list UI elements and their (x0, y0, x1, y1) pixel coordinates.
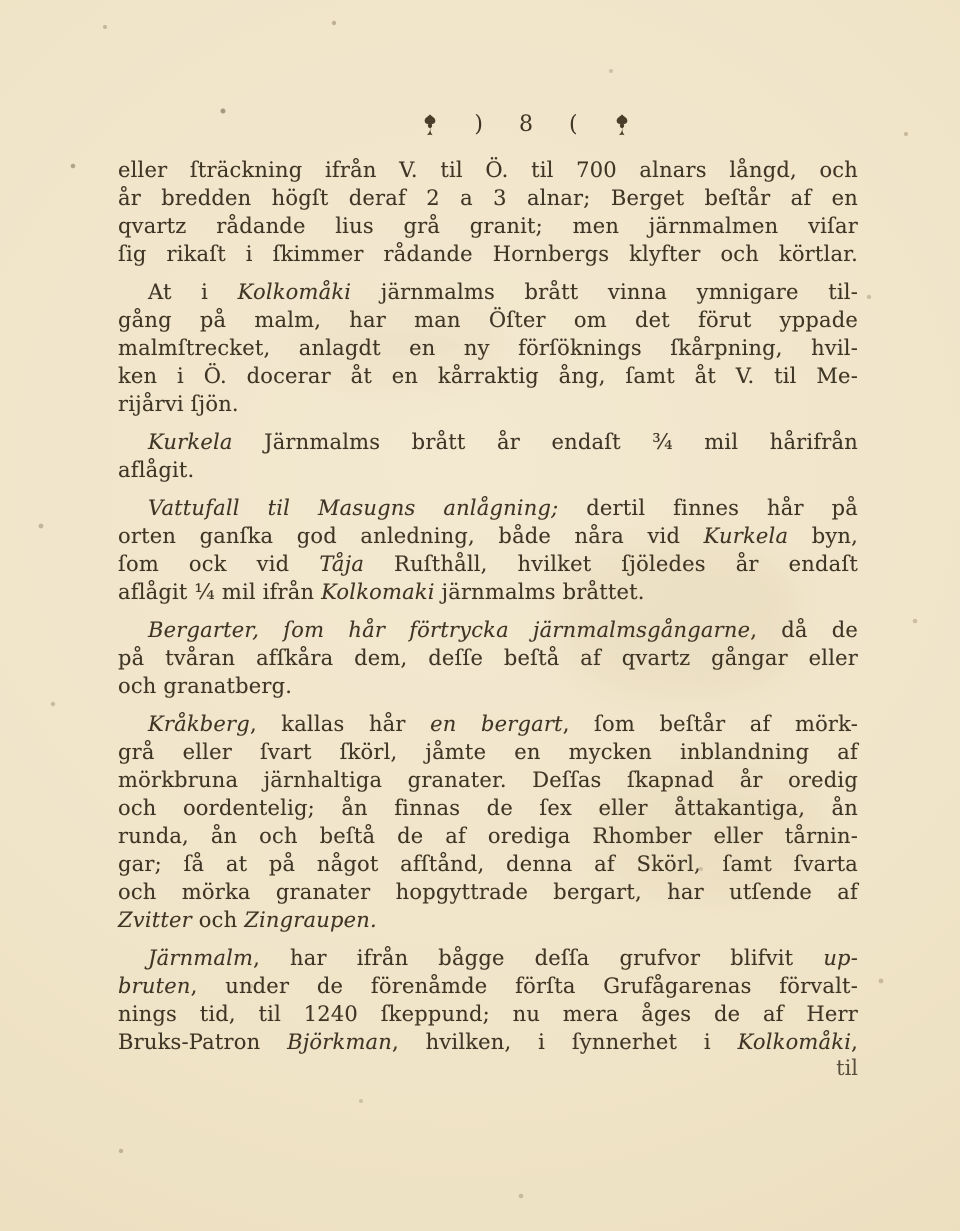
page-number-bracket-right: ( (569, 112, 578, 137)
text-line: bruten, under de förenåmde förſta Grufåg… (118, 972, 858, 1000)
text-line: gång på malm, har man Öſter om det förut… (118, 306, 858, 334)
text-line: och oordentelig; ån finnas de ſex eller … (118, 794, 858, 822)
italic-run: Järnmalm (148, 946, 253, 970)
italic-run: Zvitter (118, 908, 192, 932)
text-line: aflågit. (118, 456, 858, 484)
italic-run: Vattufall til Masugns anlågning; (148, 496, 558, 520)
text-run: runda, ån och beſtå de af orediga Rhombe… (118, 824, 858, 848)
catchword: til (836, 1056, 858, 1080)
text-run: aflågit ¼ mil ifrån (118, 580, 321, 604)
italic-run: Björkman (287, 1030, 392, 1054)
text-line: Kurkela Järnmalms brått år endaſt ¾ mil … (118, 428, 858, 456)
text-run: , ſom beſtår af mörk- (563, 712, 858, 736)
text-run: byn, (788, 524, 858, 548)
italic-run: Kurkela (148, 430, 233, 454)
text-run: , kallas hår (250, 712, 430, 736)
paragraph: Kurkela Järnmalms brått år endaſt ¾ mil … (118, 428, 858, 484)
page-number: 8 (519, 112, 533, 137)
text-run: , (851, 1030, 858, 1054)
text-run: mörkbruna järnhaltiga granater. Deſſas ſ… (118, 768, 858, 792)
paragraph: At i Kolkomåki järnmalms brått vinna ymn… (118, 278, 858, 418)
text-line: nings tid, til 1240 ſkeppund; nu mera åg… (118, 1000, 858, 1028)
italic-run: Bergarter, ſom hår förtrycka järnmalmsgå… (148, 618, 750, 642)
text-run: ſom ock vid (118, 552, 319, 576)
text-line: och granatberg. (118, 672, 858, 700)
text-run: gar; ſå at på något afſtånd, denna af Sk… (118, 852, 858, 876)
text-line: och mörka granater hopgyttrade bergart, … (118, 878, 858, 906)
text-line: ſom ock vid Tåja Ruſthåll, hvilket ſjöle… (118, 550, 858, 578)
text-run: järnmalms bråttet. (435, 580, 645, 604)
text-run: Bruks-Patron (118, 1030, 287, 1054)
text-line: runda, ån och beſtå de af orediga Rhombe… (118, 822, 858, 850)
text-run: år bredden högſt deraf 2 a 3 alnar; Berg… (118, 186, 858, 210)
text-line: aflågit ¼ mil ifrån Kolkomaki järnmalms … (118, 578, 858, 606)
text-line: malmſtrecket, anlagdt en ny förſöknings … (118, 334, 858, 362)
italic-run: up- (823, 946, 858, 970)
text-run: och granatberg. (118, 674, 292, 698)
paper-speckles (0, 0, 2, 2)
page-number-bracket-left: ) (474, 112, 483, 137)
text-line: rijårvi ſjön. (118, 390, 858, 418)
text-run: järnmalms brått vinna ymnigare til- (351, 280, 858, 304)
scanned-book-page: ) 8 ( eller ſträckning ifrån V. til Ö. t… (0, 0, 960, 1231)
text-run: ſig rikaſt i ſkimmer rådande Hornbergs k… (118, 242, 858, 266)
text-run: grå eller ſvart ſkörl, jåmte en mycken i… (118, 740, 858, 764)
text-run: dertil finnes hår på (558, 496, 858, 520)
fleuron-icon (422, 114, 438, 136)
italic-run: Zingraupen. (244, 908, 377, 932)
text-run: orten ganſka god anledning, både nåra vi… (118, 524, 704, 548)
text-line: At i Kolkomåki järnmalms brått vinna ymn… (118, 278, 858, 306)
text-line: orten ganſka god anledning, både nåra vi… (118, 522, 858, 550)
text-line: ken i Ö. docerar åt en kårraktig ång, ſa… (118, 362, 858, 390)
italic-run: Kurkela (704, 524, 789, 548)
fleuron-icon (614, 114, 630, 136)
text-line: år bredden högſt deraf 2 a 3 alnar; Berg… (118, 184, 858, 212)
text-line: Zvitter och Zingraupen. (118, 906, 858, 934)
italic-run: Kråkberg (148, 712, 250, 736)
text-run: eller ſträckning ifrån V. til Ö. til 700… (118, 158, 858, 182)
text-run: och mörka granater hopgyttrade bergart, … (118, 880, 858, 904)
italic-run: Kolkomåki (238, 280, 352, 304)
text-run: aflågit. (118, 458, 194, 482)
text-run: , har ifrån bågge deſſa grufvor blifvit (253, 946, 823, 970)
italic-run: Kolkomaki (321, 580, 435, 604)
text-run: , under de förenåmde förſta Grufågarenas… (191, 974, 858, 998)
text-run: , hvilken, i ſynnerhet i (392, 1030, 738, 1054)
text-run: , då de (750, 618, 858, 642)
text-run: på tvåran afſkåra dem, deſſe beſtå af qv… (118, 646, 858, 670)
italic-run: en bergart (430, 712, 563, 736)
paragraph: eller ſträckning ifrån V. til Ö. til 700… (118, 156, 858, 268)
text-line: gar; ſå at på något afſtånd, denna af Sk… (118, 850, 858, 878)
text-run: och (192, 908, 244, 932)
page-header: ) 8 ( (156, 112, 896, 137)
paragraph: Bergarter, ſom hår förtrycka järnmalmsgå… (118, 616, 858, 700)
text-run: Ruſthåll, hvilket ſjöledes år endaſt (364, 552, 858, 576)
text-line: Järnmalm, har ifrån bågge deſſa grufvor … (118, 944, 858, 972)
text-line: på tvåran afſkåra dem, deſſe beſtå af qv… (118, 644, 858, 672)
text-run: Järnmalms brått år endaſt ¾ mil hårifrån (233, 430, 858, 454)
text-line: ſig rikaſt i ſkimmer rådande Hornbergs k… (118, 240, 858, 268)
text-run: rijårvi ſjön. (118, 392, 239, 416)
paragraph: Vattufall til Masugns anlågning; dertil … (118, 494, 858, 606)
text-run: gång på malm, har man Öſter om det förut… (118, 308, 858, 332)
text-run: nings tid, til 1240 ſkeppund; nu mera åg… (118, 1002, 858, 1026)
text-line: mörkbruna järnhaltiga granater. Deſſas ſ… (118, 766, 858, 794)
text-line: Bergarter, ſom hår förtrycka järnmalmsgå… (118, 616, 858, 644)
text-line: eller ſträckning ifrån V. til Ö. til 700… (118, 156, 858, 184)
text-line: Vattufall til Masugns anlågning; dertil … (118, 494, 858, 522)
text-line: Bruks-Patron Björkman, hvilken, i ſynner… (118, 1028, 858, 1056)
italic-run: Kolkomåki (738, 1030, 852, 1054)
text-run: At i (148, 280, 238, 304)
text-run: och oordentelig; ån finnas de ſex eller … (118, 796, 858, 820)
text-run: qvartz rådande lius grå granit; men järn… (118, 214, 858, 238)
text-line: grå eller ſvart ſkörl, jåmte en mycken i… (118, 738, 858, 766)
italic-run: bruten (118, 974, 191, 998)
italic-run: Tåja (319, 552, 364, 576)
text-line: Kråkberg, kallas hår en bergart, ſom beſ… (118, 710, 858, 738)
text-run: ken i Ö. docerar åt en kårraktig ång, ſa… (118, 364, 858, 388)
text-line: qvartz rådande lius grå granit; men järn… (118, 212, 858, 240)
paragraph: Kråkberg, kallas hår en bergart, ſom beſ… (118, 710, 858, 934)
text-block: eller ſträckning ifrån V. til Ö. til 700… (118, 156, 858, 1056)
text-run: malmſtrecket, anlagdt en ny förſöknings … (118, 336, 858, 360)
paragraph: Järnmalm, har ifrån bågge deſſa grufvor … (118, 944, 858, 1056)
